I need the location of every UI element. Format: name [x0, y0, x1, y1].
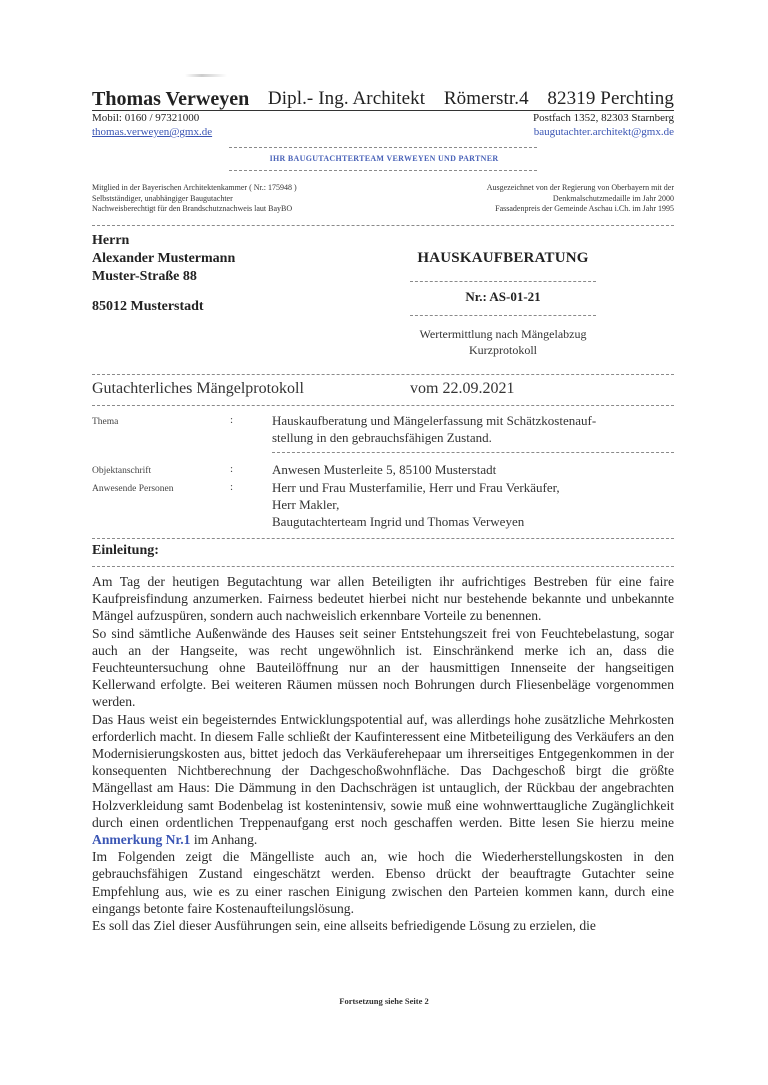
divider	[92, 566, 674, 567]
divider	[410, 315, 596, 316]
awards-info: Ausgezeichnet von der Regierung von Ober…	[487, 183, 674, 215]
paragraph: Das Haus weist ein begeisterndes Entwick…	[92, 711, 674, 849]
meta-value-line: Herr und Frau Musterfamilie, Herr und Fr…	[272, 479, 672, 496]
paragraph-text: Das Haus weist ein begeisterndes Entwick…	[92, 712, 674, 830]
postbox: Postfach 1352, 82303 Starnberg	[533, 112, 674, 125]
paragraph: Es soll das Ziel dieser Ausführungen sei…	[92, 917, 674, 934]
divider	[92, 538, 674, 539]
continuation-note: Fortsetzung siehe Seite 2	[0, 996, 768, 1006]
email-link-left[interactable]: thomas.verweyen@gmx.de	[92, 126, 212, 139]
meta-value: Hauskaufberatung und Mängelerfassung mit…	[272, 412, 672, 446]
recipient-city: 85012 Musterstadt	[92, 298, 235, 316]
divider	[229, 147, 537, 148]
award-line: Denkmalschutzmedaille im Jahr 2000	[487, 194, 674, 205]
award-line: Ausgezeichnet von der Regierung von Ober…	[487, 183, 674, 194]
membership-line: Nachweisberechtigt für den Brandschutzna…	[92, 204, 297, 215]
membership-info: Mitglied in der Bayerischen Architektenk…	[92, 183, 297, 215]
meta-label: Objektanschrift	[92, 463, 151, 480]
author-street: Römerstr.4	[444, 88, 529, 110]
scan-artifact	[185, 74, 227, 77]
meta-colon: :	[230, 412, 233, 429]
document-page: Thomas Verweyen Dipl.- Ing. Architekt Rö…	[0, 0, 768, 1085]
intro-body: Am Tag der heutigen Begutachtung war all…	[92, 573, 674, 934]
contact-row-2: thomas.verweyen@gmx.de baugutachter.arch…	[92, 126, 674, 139]
letterhead-title: Thomas Verweyen Dipl.- Ing. Architekt Rö…	[92, 88, 674, 111]
annotation-link[interactable]: Anmerkung Nr.1	[92, 832, 190, 847]
meta-colon: :	[230, 461, 233, 478]
paragraph: Am Tag der heutigen Begutachtung war all…	[92, 573, 674, 625]
meta-value-line: Herr Makler,	[272, 496, 672, 513]
divider	[410, 281, 596, 282]
document-subtitle: Wertermittlung nach Mängelabzug Kurzprot…	[398, 326, 608, 358]
meta-value-line: Baugutachterteam Ingrid und Thomas Verwe…	[272, 513, 672, 530]
author-name: Thomas Verweyen	[92, 88, 249, 110]
paragraph: So sind sämtliche Außenwände des Hauses …	[92, 625, 674, 711]
protocol-title: Gutachterliches Mängelprotokoll	[92, 380, 304, 397]
meta-value-line: Anwesen Musterleite 5, 85100 Musterstadt	[272, 461, 672, 478]
meta-value-line: stellung in den gebrauchsfähigen Zustand…	[272, 429, 672, 446]
protocol-heading: Gutachterliches Mängelprotokoll vom 22.0…	[92, 380, 674, 398]
recipient-name: Alexander Mustermann	[92, 250, 235, 268]
membership-line: Mitglied in der Bayerischen Architektenk…	[92, 183, 297, 194]
divider	[229, 170, 537, 171]
divider	[272, 452, 674, 453]
meta-value: Herr und Frau Musterfamilie, Herr und Fr…	[272, 479, 672, 530]
meta-value-line: Hauskaufberatung und Mängelerfassung mit…	[272, 412, 672, 429]
email-link-right[interactable]: baugutachter.architekt@gmx.de	[534, 126, 674, 139]
recipient-street: Muster-Straße 88	[92, 268, 235, 286]
meta-colon: :	[230, 479, 233, 496]
protocol-date: vom 22.09.2021	[410, 380, 514, 398]
meta-value: Anwesen Musterleite 5, 85100 Musterstadt	[272, 461, 672, 478]
contact-row-1: Mobil: 0160 / 97321000 Postfach 1352, 82…	[92, 112, 674, 125]
meta-label: Thema	[92, 414, 118, 431]
divider	[92, 374, 674, 375]
subtitle-line: Wertermittlung nach Mängelabzug	[398, 326, 608, 342]
meta-label: Anwesende Personen	[92, 481, 174, 498]
subtitle-line: Kurzprotokoll	[398, 342, 608, 358]
paragraph-text: im Anhang.	[190, 832, 257, 847]
award-line: Fassadenpreis der Gemeinde Aschau i.Ch. …	[487, 204, 674, 215]
paragraph: Im Folgenden zeigt die Mängelliste auch …	[92, 848, 674, 917]
intro-heading: Einleitung:	[92, 543, 159, 559]
document-number: Nr.: AS-01-21	[398, 289, 608, 305]
author-title: Dipl.- Ing. Architekt	[268, 88, 425, 110]
author-city: 82319 Perchting	[547, 88, 674, 110]
mobile-number: Mobil: 0160 / 97321000	[92, 112, 199, 125]
divider	[92, 225, 674, 226]
divider	[92, 405, 674, 406]
recipient-salutation: Herrn	[92, 232, 235, 250]
document-type: HAUSKAUFBERATUNG	[398, 250, 608, 267]
membership-line: Selbstständiger, unabhängiger Baugutacht…	[92, 194, 297, 205]
recipient-address: Herrn Alexander Mustermann Muster-Straße…	[92, 232, 235, 316]
team-banner: IHR BAUGUTACHTERTEAM VERWEYEN UND PARTNE…	[0, 154, 768, 163]
